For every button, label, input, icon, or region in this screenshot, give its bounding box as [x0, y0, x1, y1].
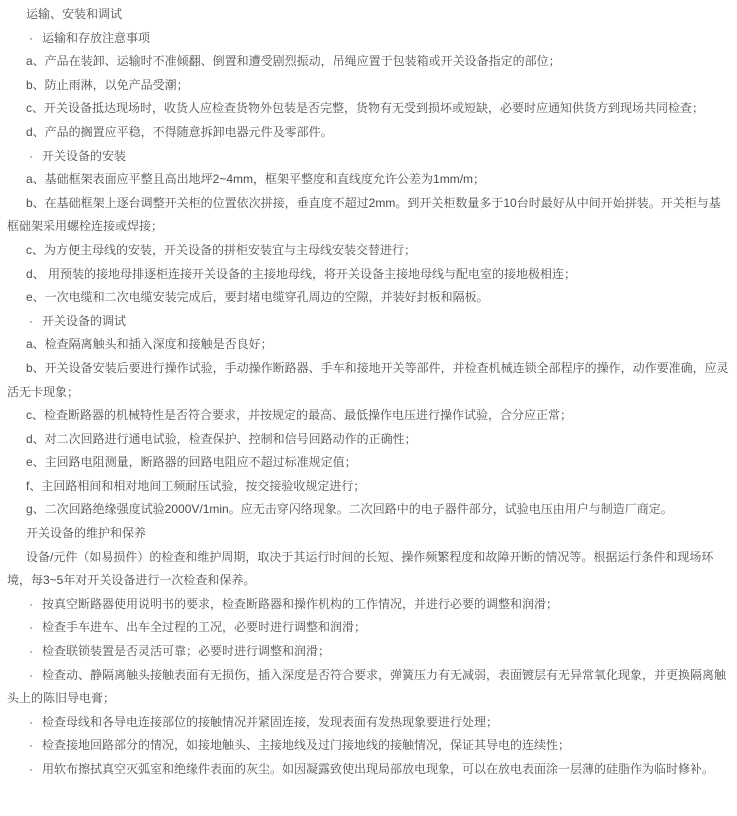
- bullet-item: ·检查联锁装置是否灵活可靠；必要时进行调整和润滑；: [7, 640, 731, 664]
- lettered-item: a、产品在装卸、运输时不准倾翻、倒置和遭受剧烈振动，吊绳应置于包装箱或开关设备指…: [7, 50, 731, 74]
- section-heading: 运输、安装和调试: [7, 3, 731, 27]
- section-heading: 开关设备的维护和保养: [7, 522, 731, 546]
- lettered-item: d、产品的搁置应平稳，不得随意拆卸电器元件及零部件。: [7, 121, 731, 145]
- bullet-dot-icon: ·: [29, 314, 33, 328]
- document-body: 运输、安装和调试·运输和存放注意事项a、产品在装卸、运输时不准倾翻、倒置和遭受剧…: [0, 0, 737, 782]
- bullet-dot-icon: ·: [29, 31, 33, 45]
- bullet-text: 开关设备的安装: [42, 149, 126, 163]
- bullet-item: ·运输和存放注意事项: [7, 27, 731, 51]
- bullet-dot-icon: ·: [29, 644, 33, 658]
- bullet-item: ·检查动、静隔离触头接触表面有无损伤，插入深度是否符合要求，弹簧压力有无减弱，表…: [7, 664, 731, 711]
- bullet-dot-icon: ·: [29, 762, 33, 776]
- bullet-item: ·开关设备的调试: [7, 310, 731, 334]
- lettered-item: e、一次电缆和二次电缆安装完成后，要封堵电缆穿孔周边的空隙，并装好封板和隔板。: [7, 286, 731, 310]
- lettered-item: d、对二次回路进行通电试验，检查保护、控制和信号回路动作的正确性；: [7, 428, 731, 452]
- bullet-text: 检查动、静隔离触头接触表面有无损伤，插入深度是否符合要求，弹簧压力有无减弱，表面…: [7, 668, 726, 706]
- bullet-item: ·按真空断路器使用说明书的要求，检查断路器和操作机构的工作情况，并进行必要的调整…: [7, 593, 731, 617]
- bullet-text: 检查联锁装置是否灵活可靠；必要时进行调整和润滑；: [42, 644, 330, 658]
- bullet-text: 检查母线和各导电连接部位的接触情况并紧固连接，发现表面有发热现象要进行处理；: [42, 715, 498, 729]
- bullet-text: 按真空断路器使用说明书的要求，检查断路器和操作机构的工作情况，并进行必要的调整和…: [42, 597, 558, 611]
- bullet-text: 检查接地回路部分的情况，如接地触头、主接地线及过门接地线的接触情况，保证其导电的…: [42, 738, 570, 752]
- lettered-item: c、开关设备抵达现场时，收货人应检查货物外包装是否完整，货物有无受到损坏或短缺，…: [7, 97, 731, 121]
- lettered-item: g、二次回路绝缘强度试验2000V/1min。应无击穿闪络现象。二次回路中的电子…: [7, 498, 731, 522]
- lettered-item: f、主回路相间和相对地间工频耐压试验，按交接验收规定进行；: [7, 475, 731, 499]
- lettered-item: d、 用预装的接地母排逐柜连接开关设备的主接地母线，将开关设备主接地母线与配电室…: [7, 263, 731, 287]
- lettered-item: a、基础框架表面应平整且高出地坪2~4mm，框架平整度和直线度允许公差为1mm/…: [7, 168, 731, 192]
- bullet-dot-icon: ·: [29, 715, 33, 729]
- bullet-dot-icon: ·: [29, 597, 33, 611]
- bullet-dot-icon: ·: [29, 620, 33, 634]
- lettered-item: a、检查隔离触头和插入深度和接触是否良好；: [7, 333, 731, 357]
- bullet-text: 用软布擦拭真空灭弧室和绝缘件表面的灰尘。如因凝露致使出现局部放电现象，可以在放电…: [42, 762, 714, 776]
- bullet-dot-icon: ·: [29, 668, 33, 682]
- bullet-dot-icon: ·: [29, 738, 33, 752]
- lettered-item: c、为方便主母线的安装，开关设备的拼柜安装宜与主母线安装交替进行；: [7, 239, 731, 263]
- bullet-text: 运输和存放注意事项: [42, 31, 150, 45]
- bullet-item: ·检查母线和各导电连接部位的接触情况并紧固连接，发现表面有发热现象要进行处理；: [7, 711, 731, 735]
- paragraph: 设备/元件（如易损件）的检查和维护周期，取决于其运行时间的长短、操作频繁程度和故…: [7, 546, 731, 593]
- lettered-item: b、防止雨淋，以免产品受潮；: [7, 74, 731, 98]
- bullet-text: 开关设备的调试: [42, 314, 126, 328]
- bullet-item: ·开关设备的安装: [7, 145, 731, 169]
- lettered-item: b、在基础框架上逐台调整开关柜的位置依次拼接，垂直度不超过2mm。到开关柜数量多…: [7, 192, 731, 239]
- bullet-item: ·用软布擦拭真空灭弧室和绝缘件表面的灰尘。如因凝露致使出现局部放电现象，可以在放…: [7, 758, 731, 782]
- bullet-text: 检查手车进车、出车全过程的工况，必要时进行调整和润滑；: [42, 620, 366, 634]
- bullet-item: ·检查手车进车、出车全过程的工况，必要时进行调整和润滑；: [7, 616, 731, 640]
- lettered-item: b、开关设备安装后要进行操作试验，手动操作断路器、手车和接地开关等部件，并检查机…: [7, 357, 731, 404]
- bullet-dot-icon: ·: [29, 149, 33, 163]
- bullet-item: ·检查接地回路部分的情况，如接地触头、主接地线及过门接地线的接触情况，保证其导电…: [7, 734, 731, 758]
- lettered-item: c、检查断路器的机械特性是否符合要求，并按规定的最高、最低操作电压进行操作试验，…: [7, 404, 731, 428]
- lettered-item: e、主回路电阻测量，断路器的回路电阻应不超过标准规定值；: [7, 451, 731, 475]
